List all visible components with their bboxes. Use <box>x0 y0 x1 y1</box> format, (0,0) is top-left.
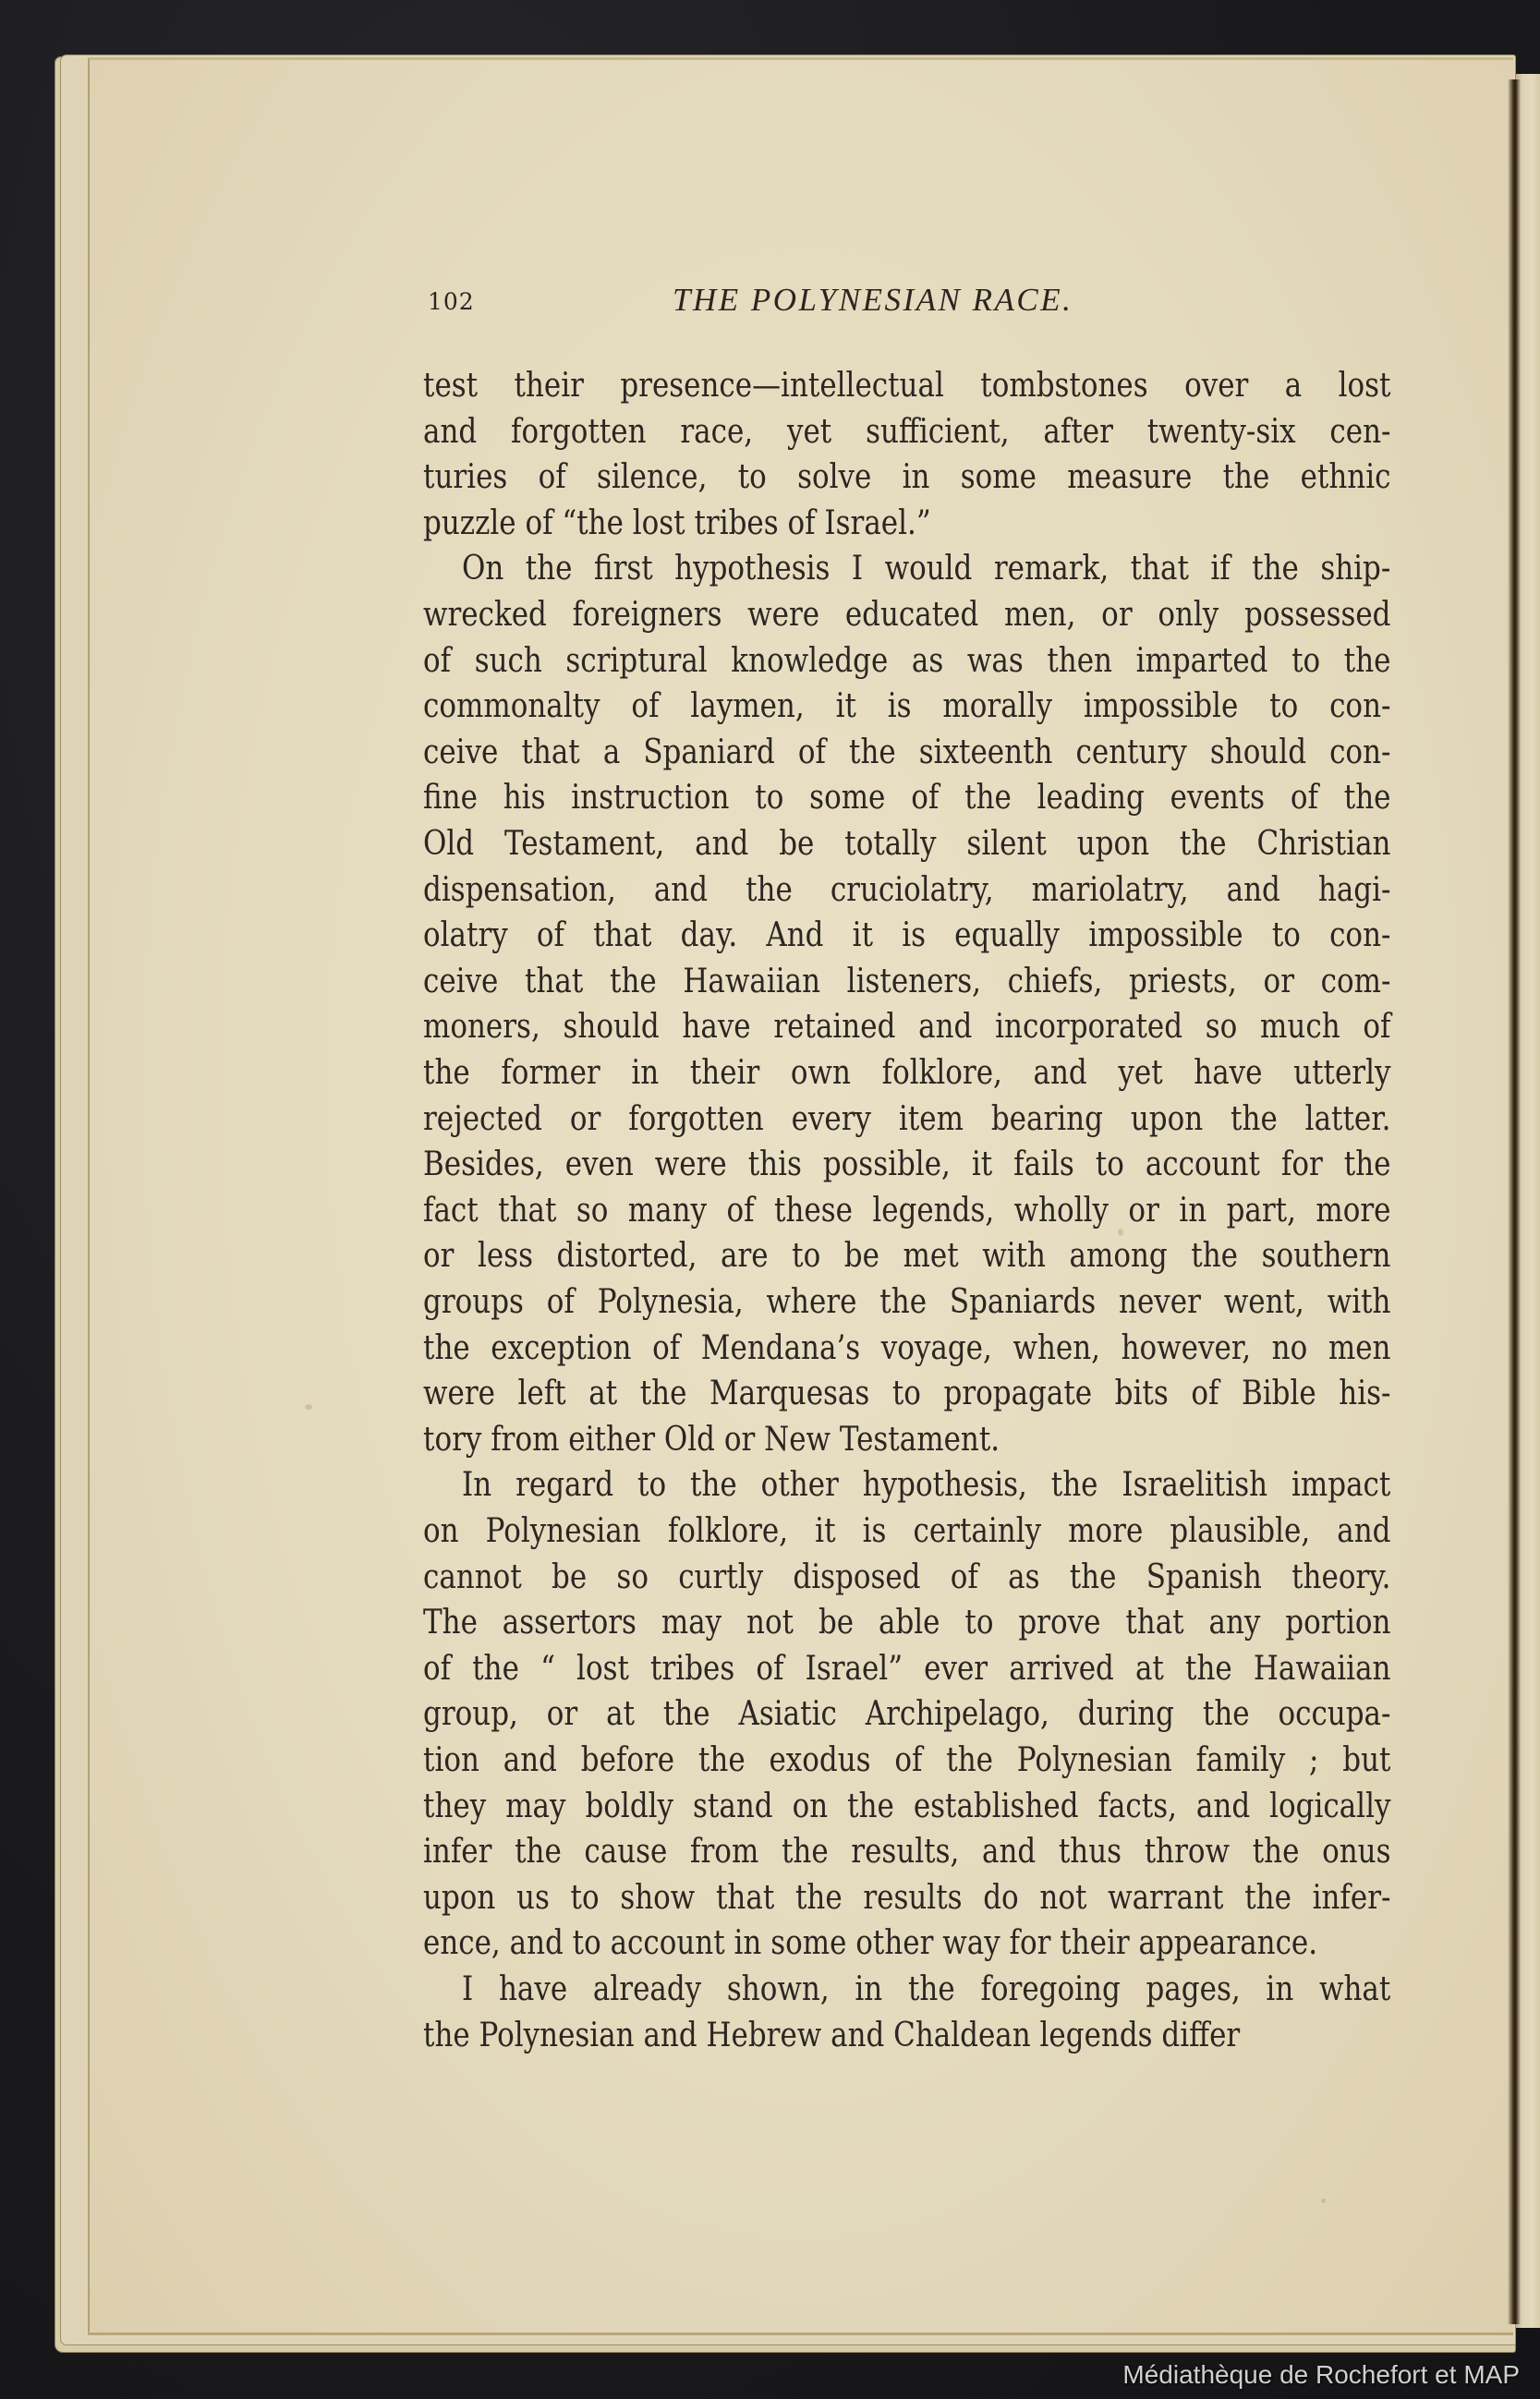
text-line: tion and before the exodus of the Polyne… <box>423 1738 1390 1784</box>
text-line: puzzle of “the lost tribes of Israel.” <box>423 501 1390 547</box>
text-line: The assertors may not be able to prove t… <box>423 1600 1390 1646</box>
text-line: the former in their own folklore, and ye… <box>423 1050 1390 1097</box>
text-line: test their presence—intellectual tombsto… <box>423 363 1390 409</box>
text-line: ence, and to account in some other way f… <box>423 1920 1390 1967</box>
text-line: fact that so many of these legends, whol… <box>423 1188 1390 1234</box>
text-line: the exception of Mendana’s voyage, when,… <box>423 1326 1390 1372</box>
text-line: and forgotten race, yet sufficient, afte… <box>423 409 1390 455</box>
text-line: turies of silence, to solve in some meas… <box>423 454 1390 501</box>
library-watermark: Médiathèque de Rochefort et MAP <box>1122 2360 1520 2390</box>
text-line: I have already shown, in the foregoing p… <box>462 1967 1390 2013</box>
text-line: group, or at the Asiatic Archipelago, du… <box>423 1691 1390 1738</box>
book-gutter <box>1508 79 1521 2324</box>
text-line: of the “ lost tribes of Israel” ever arr… <box>423 1646 1390 1692</box>
text-line: Old Testament, and be totally silent upo… <box>423 821 1390 867</box>
text-line: In regard to the other hypothesis, the I… <box>462 1462 1390 1508</box>
text-line: or less distorted, are to be met with am… <box>423 1233 1390 1279</box>
text-line: infer the cause from the results, and th… <box>423 1829 1390 1875</box>
text-line: cannot be so curtly disposed of as the S… <box>423 1555 1390 1601</box>
text-line: Besides, even were this possible, it fai… <box>423 1142 1390 1188</box>
foxing-spot <box>305 1404 312 1410</box>
text-line: dispensation, and the cruciolatry, mario… <box>423 867 1390 914</box>
text-line: ceive that the Hawaiian listeners, chief… <box>423 959 1390 1005</box>
text-line: moners, should have retained and incorpo… <box>423 1004 1390 1050</box>
text-line: groups of Polynesia, where the Spaniards… <box>423 1279 1390 1326</box>
text-line: On the first hypothesis I would remark, … <box>462 546 1390 592</box>
text-line: they may boldly stand on the established… <box>423 1784 1390 1830</box>
text-line: rejected or forgotten every item bearing… <box>423 1097 1390 1143</box>
text-line: fine his instruction to some of the lead… <box>423 775 1390 821</box>
text-line: ceive that a Spaniard of the sixteenth c… <box>423 730 1390 776</box>
text-line: commonalty of laymen, it is morally impo… <box>423 684 1390 730</box>
text-line: wrecked foreigners were educated men, or… <box>423 592 1390 638</box>
foxing-spot <box>1321 2199 1326 2203</box>
text-line: upon us to show that the results do not … <box>423 1875 1390 1921</box>
text-line: the Polynesian and Hebrew and Chaldean l… <box>423 2013 1390 2059</box>
text-line: of such scriptural knowledge as was then… <box>423 638 1390 685</box>
text-line: olatry of that day. And it is equally im… <box>423 913 1390 959</box>
text-line: tory from either Old or New Testament. <box>423 1417 1390 1463</box>
text-line: were left at the Marquesas to propagate … <box>423 1371 1390 1417</box>
text-line: on Polynesian folklore, it is certainly … <box>423 1508 1390 1555</box>
page-edge-line <box>89 59 90 2332</box>
